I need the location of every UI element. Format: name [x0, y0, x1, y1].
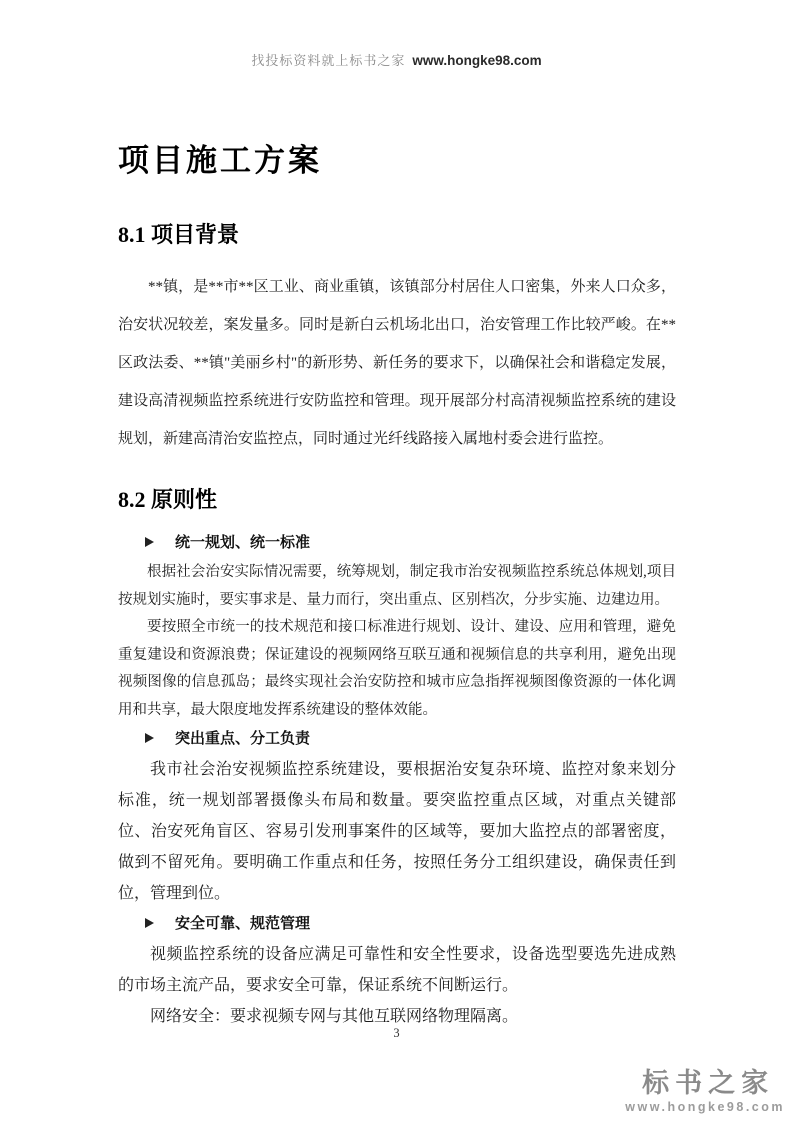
paragraph-unified-planning-1: 根据社会治安实际情况需要，统筹规划，制定我市治安视频监控系统总体规划,项目按规划…	[118, 559, 676, 614]
section-heading-8-1: 8.1 项目背景	[118, 220, 676, 250]
watermark-logo: 标书之家	[625, 1068, 785, 1098]
paragraph-key-points-1: 我市社会治安视频监控系统建设，要根据治安复杂环境、监控对象来划分标准，统一规划部…	[118, 754, 676, 909]
document-body: 项目施工方案 8.1 项目背景 **镇，是**市**区工业、商业重镇，该镇部分村…	[0, 140, 793, 1032]
paragraph-unified-planning-2: 要按照全市统一的技术规范和接口标准进行规划、设计、建设、应用和管理，避免重复建设…	[118, 614, 676, 724]
page-header: 找投标资料就上标书之家www.hongke98.com	[0, 50, 793, 70]
bullet-label: 安全可靠、规范管理	[175, 916, 310, 932]
arrow-bullet-icon	[145, 733, 154, 743]
section-heading-8-2: 8.2 原则性	[118, 485, 676, 515]
watermark-site-link[interactable]: www.hongke98.com	[625, 1100, 785, 1114]
watermark: 标书之家 www.hongke98.com	[625, 1068, 785, 1114]
bullet-label: 统一规划、统一标准	[175, 535, 310, 551]
arrow-bullet-icon	[145, 918, 154, 928]
bullet-label: 突出重点、分工负责	[175, 731, 310, 747]
bullet-item-unified-planning: 统一规划、统一标准	[118, 530, 676, 556]
header-site-link[interactable]: www.hongke98.com	[412, 53, 541, 68]
bullet-item-safety-management: 安全可靠、规范管理	[118, 911, 676, 937]
paragraph-safety-1: 视频监控系统的设备应满足可靠性和安全性要求，设备选型要选先进成熟的市场主流产品，…	[118, 939, 676, 1001]
arrow-bullet-icon	[145, 537, 154, 547]
paragraph-project-background: **镇，是**市**区工业、商业重镇，该镇部分村居住人口密集，外来人口众多，治安…	[118, 268, 676, 458]
document-page: 找投标资料就上标书之家www.hongke98.com 项目施工方案 8.1 项…	[0, 0, 793, 1122]
bullet-item-key-points: 突出重点、分工负责	[118, 726, 676, 752]
page-number: 3	[0, 1026, 793, 1041]
document-title: 项目施工方案	[118, 140, 676, 182]
header-slogan: 找投标资料就上标书之家	[251, 53, 405, 68]
